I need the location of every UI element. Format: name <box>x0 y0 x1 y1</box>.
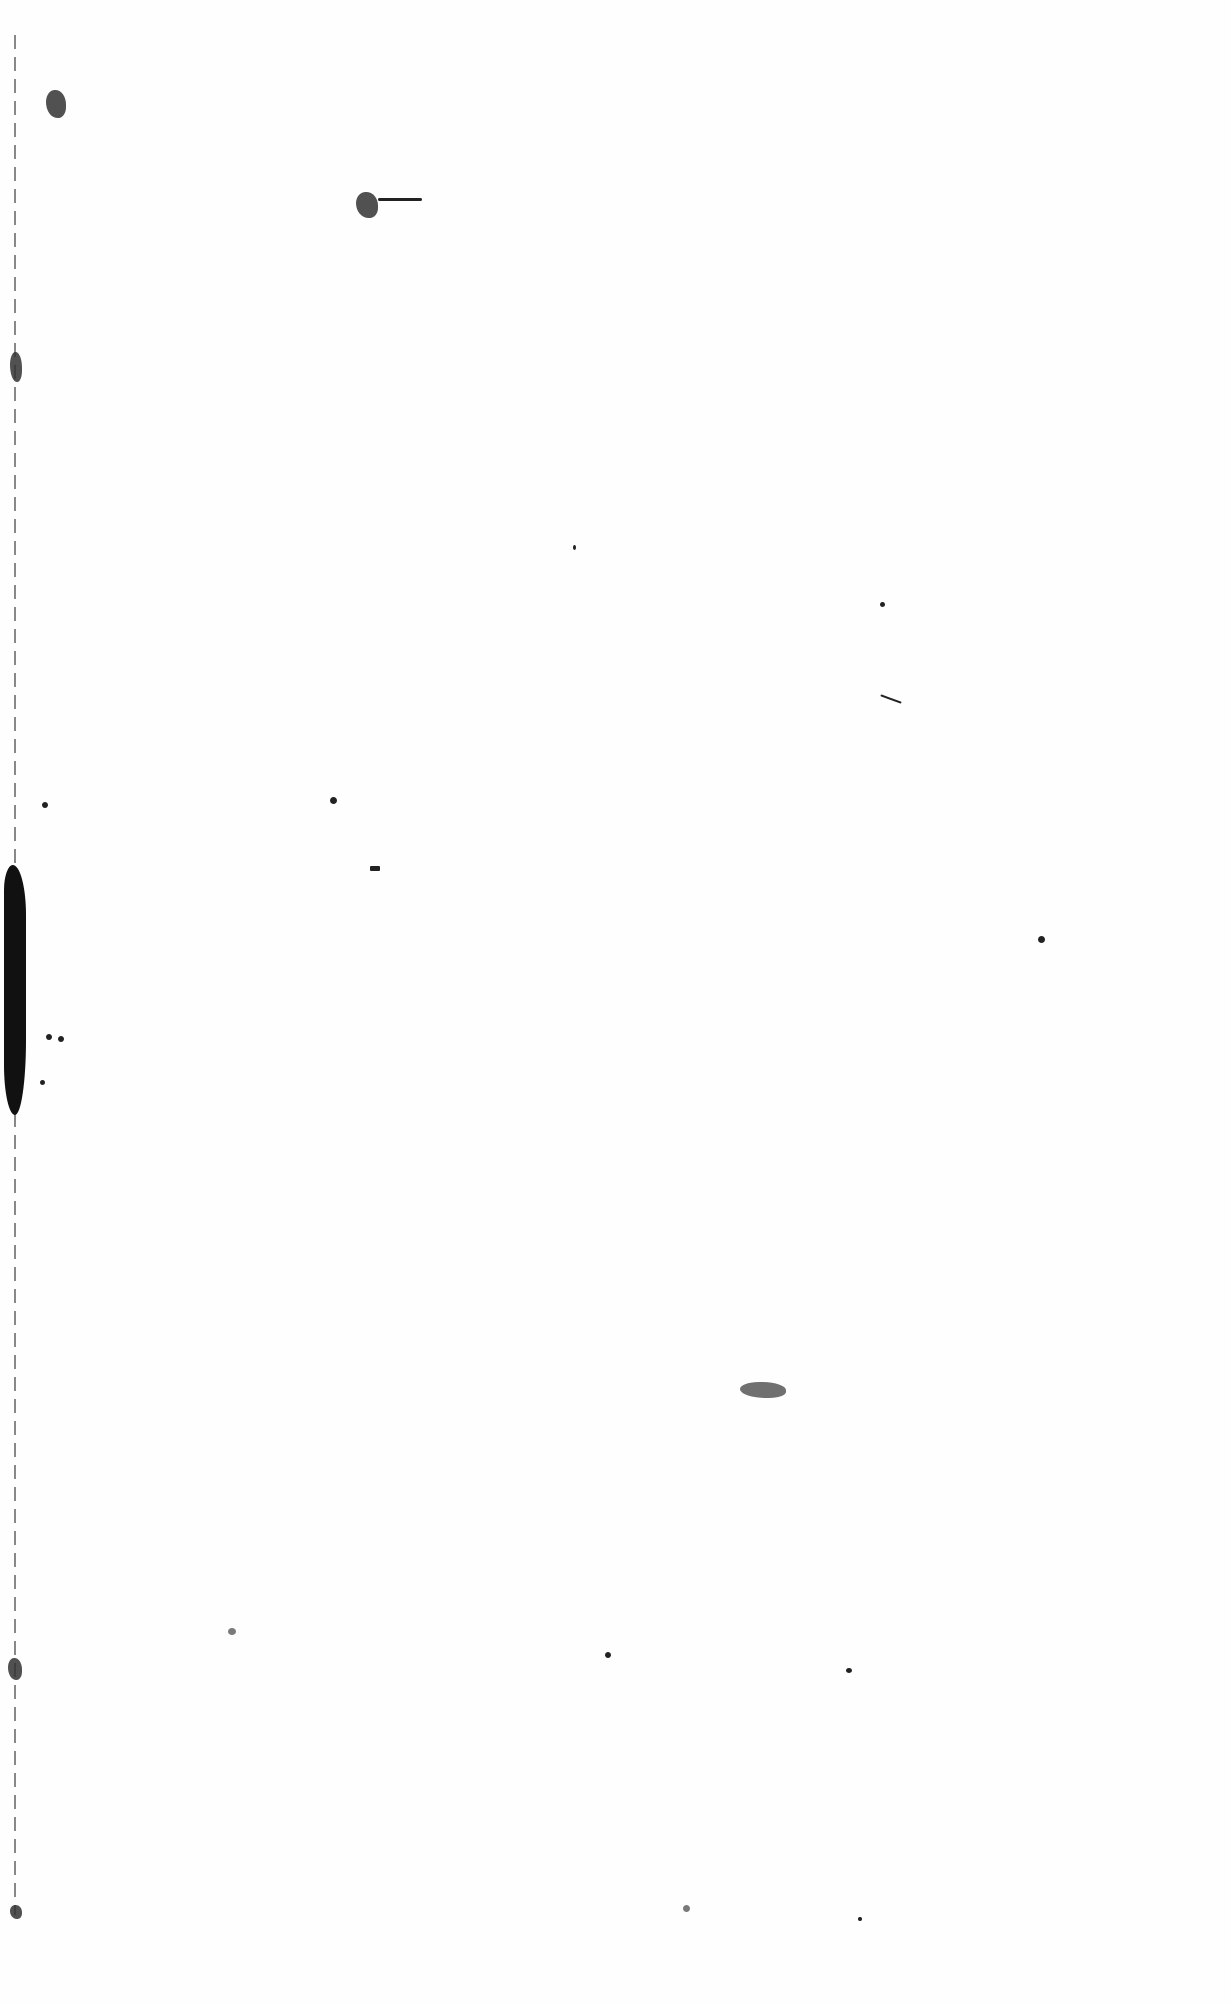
ink-speck <box>1038 936 1045 943</box>
ink-blot <box>10 1905 22 1919</box>
blank-scanned-page <box>0 0 1231 2006</box>
ink-speck <box>40 1080 45 1085</box>
ink-speck <box>228 1628 236 1635</box>
ink-speck <box>880 602 885 607</box>
ink-speck <box>683 1905 690 1912</box>
ink-speck <box>46 1034 52 1040</box>
ink-blot <box>46 90 66 118</box>
ink-speck <box>858 1917 862 1921</box>
ink-blot <box>740 1382 786 1398</box>
ink-speck <box>846 1668 852 1673</box>
ink-speck <box>605 1652 611 1658</box>
ink-blot <box>8 1658 22 1680</box>
ink-speck <box>880 694 901 703</box>
binding-shadow <box>4 865 26 1115</box>
ink-speck <box>42 802 48 808</box>
ink-speck <box>330 797 337 804</box>
ink-speck <box>58 1036 64 1042</box>
ink-blot <box>356 192 378 218</box>
ink-blot <box>10 352 22 382</box>
ink-speck <box>573 545 576 550</box>
ink-speck <box>370 866 380 871</box>
ink-speck <box>378 198 422 201</box>
